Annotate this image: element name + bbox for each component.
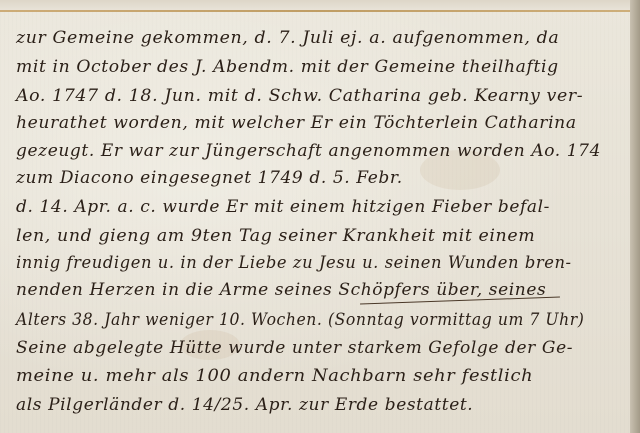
manuscript-line-6: zum Diacono eingesegnet 1749 d. 5. Febr. [16, 168, 403, 188]
manuscript-line-2: mit in October des J. Abendm. mit der Ge… [16, 57, 559, 77]
manuscript-line-1: zur Gemeine gekommen, d. 7. Juli ej. a. … [16, 28, 559, 48]
manuscript-line-8: len, und gieng am 9ten Tag seiner Krankh… [16, 226, 535, 246]
page-top-margin [0, 0, 640, 10]
manuscript-line-9: innig freudigen u. in der Liebe zu Jesu … [16, 253, 572, 273]
page-binding-edge [630, 0, 640, 433]
manuscript-line-4: heurathet worden, mit welcher Er ein Töc… [16, 113, 577, 133]
manuscript-line-7: d. 14. Apr. a. c. wurde Er mit einem hit… [16, 197, 550, 217]
page-top-rule [0, 10, 640, 12]
manuscript-line-13: meine u. mehr als 100 andern Nachbarn se… [16, 366, 533, 386]
manuscript-line-5: gezeugt. Er war zur Jüngerschaft angenom… [16, 141, 601, 161]
manuscript-page: zur Gemeine gekommen, d. 7. Juli ej. a. … [0, 0, 640, 433]
manuscript-line-11: Alters 38. Jahr weniger 10. Wochen. (Son… [16, 310, 584, 330]
manuscript-line-12: Seine abgelegte Hütte wurde unter starke… [16, 338, 573, 358]
manuscript-line-14: als Pilgerländer d. 14/25. Apr. zur Erde… [16, 395, 473, 415]
manuscript-line-10: nenden Herzen in die Arme seines Schöpfe… [16, 280, 546, 300]
manuscript-line-3: Ao. 1747 d. 18. Jun. mit d. Schw. Cathar… [16, 86, 583, 106]
